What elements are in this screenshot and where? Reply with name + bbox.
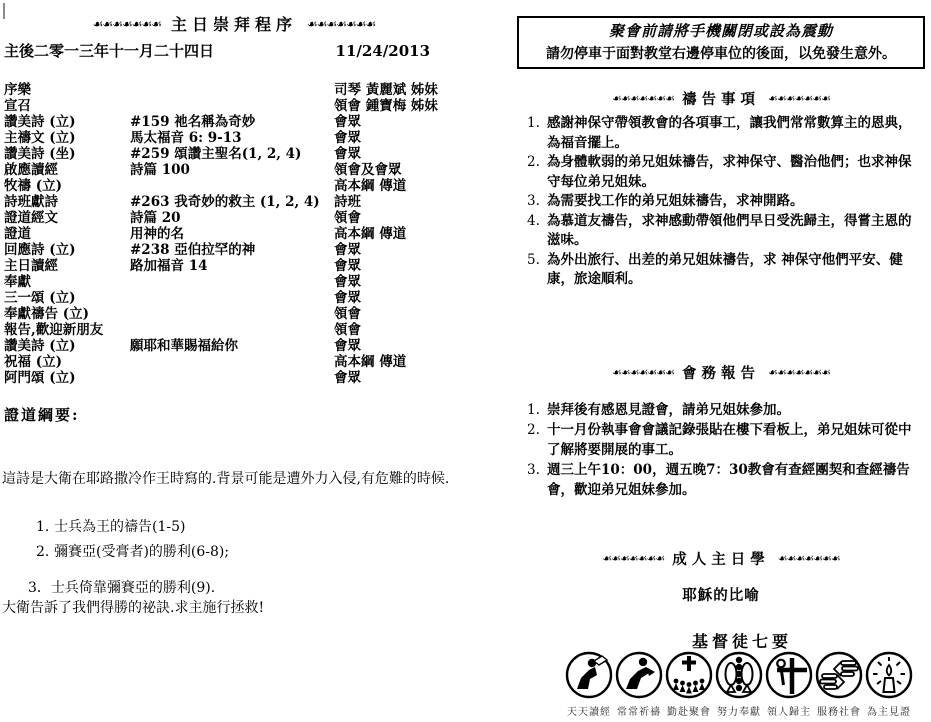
program-item-label: 祝福 (立) xyxy=(4,354,130,370)
notice-box: 聚會前請將手機關閉或設為震動 請勿停車于面對教堂右邊停車位的後面，以免發生意外。 xyxy=(517,16,925,69)
sermon-outline-item3: 3．士兵倚靠彌賽亞的勝利(9). xyxy=(28,577,215,597)
program-item-detail xyxy=(130,98,334,114)
program-item-person: 會眾 xyxy=(334,258,466,274)
announcements-heading-text: 會務報告 xyxy=(682,362,760,383)
list-item-text: 彌賽亞(受膏者)的勝利(6-8); xyxy=(54,544,456,561)
program-item-person: 會眾 xyxy=(334,274,466,290)
program-row: 奉獻會眾 xyxy=(4,274,466,290)
parking-notice: 請勿停車于面對教堂右邊停車位的後面，以免發生意外。 xyxy=(522,43,920,63)
date-chinese: 主後二零一三年十一月二十四日 xyxy=(4,40,214,61)
program-row: 牧禱 (立)高本綱 傳道 xyxy=(4,178,466,194)
right-page: 聚會前請將手機關閉或設為震動 請勿停車于面對教堂右邊停車位的後面，以免發生意外。… xyxy=(517,0,925,722)
program-item-label: 讚美詩 (立) xyxy=(4,114,130,130)
program-row: 證道用神的名高本綱 傳道 xyxy=(4,226,466,242)
program-item-person: 高本綱 傳道 xyxy=(334,226,466,242)
program-item-label: 詩班獻詩 xyxy=(4,194,130,210)
list-item-number: 2. xyxy=(527,420,547,460)
program-item-detail: 詩篇 100 xyxy=(130,162,334,178)
program-row: 奉獻禱告 (立)領會 xyxy=(4,306,466,322)
program-item-label: 奉獻 xyxy=(4,274,130,290)
seven-cell-serve: 服務社會 xyxy=(814,651,864,718)
seven-label: 服務社會 xyxy=(814,703,864,718)
program-item-detail xyxy=(130,370,334,386)
program-item-label: 阿門頌 (立) xyxy=(4,370,130,386)
list-item-number: 2. xyxy=(527,153,547,192)
scroll-ornament-icon: ☙☙☙☙☙☙☙ xyxy=(778,552,840,565)
seven-cell-read: 天天讀經 xyxy=(564,651,614,718)
phone-notice: 聚會前請將手機關閉或設為震動 xyxy=(522,20,920,41)
prayer-items-list: 1.感謝神保守帶領教會的各項事工，讓我們常常數算主的恩典，為福音擺上。2.為身體… xyxy=(519,114,923,290)
announcement-items-list: 1.崇拜後有感恩見證會，請弟兄姐妹參加。2.十一月份執事會會議記錄張貼在樓下看板… xyxy=(519,400,923,500)
list-item-number: 2. xyxy=(36,544,54,561)
program-item-person: 領會 xyxy=(334,306,466,322)
program-item-detail xyxy=(130,354,334,370)
program-item-label: 奉獻禱告 (立) xyxy=(4,306,130,322)
list-item-text: 感謝神保守帶領教會的各項事工，讓我們常常數算主的恩典，為福音擺上。 xyxy=(547,114,923,153)
announcements-section-heading: ☙☙☙☙☙☙☙ 會務報告 ☙☙☙☙☙☙☙ xyxy=(517,362,925,383)
program-item-person: 會眾 xyxy=(334,114,466,130)
list-item-text: 十一月份執事會會議記錄張貼在樓下看板上，弟兄姐妹可從中了解將要開展的事工。 xyxy=(547,420,923,460)
program-item-person: 詩班 xyxy=(334,194,466,210)
seven-label: 天天讀經 xyxy=(564,703,614,718)
program-row: 序樂司琴 黃麗斌 姊妹 xyxy=(4,82,466,98)
serve-society-icon xyxy=(815,651,863,699)
sermon-outline-intro: 這詩是大衛在耶路撒冷作王時寫的.背景可能是遭外力入侵,有危難的時候. xyxy=(2,470,464,489)
program-item-detail xyxy=(130,306,334,322)
program-row: 讚美詩 (立)願耶和華賜福給你會眾 xyxy=(4,338,466,354)
program-item-label: 啟應讀經 xyxy=(4,162,130,178)
worship-order-heading: ☙☙☙☙☙☙☙ 主日崇拜程序 ☙☙☙☙☙☙☙ xyxy=(0,12,468,35)
list-item-text: 士兵為王的禱告(1-5) xyxy=(54,519,456,536)
list-item-number: 1. xyxy=(527,114,547,153)
seven-label: 領人歸主 xyxy=(764,703,814,718)
program-item-detail xyxy=(130,82,334,98)
scroll-ornament-icon: ☙☙☙☙☙☙☙ xyxy=(307,17,375,31)
read-bible-icon xyxy=(565,651,613,699)
list-item-text: 崇拜後有感恩見證會，請弟兄姐妹參加。 xyxy=(547,400,923,420)
program-item-label: 回應詩 (立) xyxy=(4,242,130,258)
seven-cell-witness: 為主見證 xyxy=(864,651,914,718)
program-item-label: 證道經文 xyxy=(4,210,130,226)
scroll-ornament-icon: ☙☙☙☙☙☙☙ xyxy=(602,552,664,565)
program-row: 三一頌 (立)會眾 xyxy=(4,290,466,306)
prayer-item: 4.為慕道友禱告，求神感動帶領他們早日受洗歸主，得嘗主恩的滋味。 xyxy=(519,212,923,251)
seven-essentials-icons: 天天讀經 常常祈禱 xyxy=(564,651,920,718)
scroll-ornament-icon: ☙☙☙☙☙☙☙ xyxy=(612,92,674,105)
list-item-number: 1. xyxy=(527,400,547,420)
program-item-person: 司琴 黃麗斌 姊妹 xyxy=(334,82,466,98)
program-row: 回應詩 (立)#238 亞伯拉罕的神會眾 xyxy=(4,242,466,258)
list-item-number: 4. xyxy=(527,212,547,251)
program-row: 祝福 (立)高本綱 傳道 xyxy=(4,354,466,370)
program-item-person: 高本綱 傳道 xyxy=(334,178,466,194)
scroll-ornament-icon: ☙☙☙☙☙☙☙ xyxy=(768,92,830,105)
program-row: 主禱文 (立)馬太福音 6: 9-13會眾 xyxy=(4,130,466,146)
lead-people-icon xyxy=(765,651,813,699)
prayer-item: 1.感謝神保守帶領教會的各項事工，讓我們常常數算主的恩典，為福音擺上。 xyxy=(519,114,923,153)
seven-label: 常常祈禱 xyxy=(614,703,664,718)
program-row: 詩班獻詩#263 我奇妙的救主 (1, 2, 4)詩班 xyxy=(4,194,466,210)
list-item-number: 3. xyxy=(527,192,547,212)
worship-order-title: 主日崇拜程序 xyxy=(171,12,297,35)
program-item-person: 會眾 xyxy=(334,370,466,386)
program-row: 宣召領會 鍾寶梅 姊妹 xyxy=(4,98,466,114)
seven-label: 努力奉獻 xyxy=(714,703,764,718)
program-item-person: 領會 xyxy=(334,210,466,226)
program-row: 讚美詩 (坐)#259 頌讚主聖名(1, 2, 4)會眾 xyxy=(4,146,466,162)
program-item-label: 牧禱 (立) xyxy=(4,178,130,194)
program-item-person: 會眾 xyxy=(334,130,466,146)
program-item-person: 高本綱 傳道 xyxy=(334,354,466,370)
announcement-item: 1.崇拜後有感恩見證會，請弟兄姐妹參加。 xyxy=(519,400,923,420)
list-item-text: 為慕道友禱告，求神感動帶領他們早日受洗歸主，得嘗主恩的滋味。 xyxy=(547,212,923,251)
program-item-person: 會眾 xyxy=(334,338,466,354)
prayer-icon xyxy=(615,651,663,699)
date-row: 主後二零一三年十一月二十四日 11/24/2013 xyxy=(4,40,430,61)
program-item-detail: 願耶和華賜福給你 xyxy=(130,338,334,354)
list-item-number: 3. xyxy=(527,460,547,500)
attend-meeting-icon xyxy=(665,651,713,699)
program-item-label: 讚美詩 (坐) xyxy=(4,146,130,162)
list-item-number: 5. xyxy=(527,251,547,290)
seven-cell-meeting: 勤赴聚會 xyxy=(664,651,714,718)
program-item-detail: #259 頌讚主聖名(1, 2, 4) xyxy=(130,146,334,162)
church-bulletin-page: ☙☙☙☙☙☙☙ 主日崇拜程序 ☙☙☙☙☙☙☙ 主後二零一三年十一月二十四日 11… xyxy=(0,0,931,722)
program-row: 阿門頌 (立)會眾 xyxy=(4,370,466,386)
list-item-text: 為需要找工作的弟兄姐妹禱告，求神開路。 xyxy=(547,192,923,212)
program-row: 證道經文詩篇 20領會 xyxy=(4,210,466,226)
scroll-ornament-icon: ☙☙☙☙☙☙☙ xyxy=(768,366,830,379)
program-item-detail: 用神的名 xyxy=(130,226,334,242)
program-item-detail: #238 亞伯拉罕的神 xyxy=(130,242,334,258)
date-numeric: 11/24/2013 xyxy=(336,42,430,60)
program-item-detail: 詩篇 20 xyxy=(130,210,334,226)
prayer-item: 2.為身體軟弱的弟兄姐妹禱告，求神保守、醫治他們；也求神保守每位弟兄姐妹。 xyxy=(519,153,923,192)
prayer-section-heading: ☙☙☙☙☙☙☙ 禱告事項 ☙☙☙☙☙☙☙ xyxy=(517,88,925,109)
program-item-detail: #263 我奇妙的救主 (1, 2, 4) xyxy=(130,194,334,210)
program-item-label: 主日讀經 xyxy=(4,258,130,274)
sermon-outline-heading: 證道綱要: xyxy=(4,404,80,425)
program-item-detail: 馬太福音 6: 9-13 xyxy=(130,130,334,146)
program-item-detail: #159 祂名稱為奇妙 xyxy=(130,114,334,130)
program-item-person: 會眾 xyxy=(334,146,466,162)
program-item-label: 讚美詩 (立) xyxy=(4,338,130,354)
sunday-school-topic: 耶穌的比喻 xyxy=(517,584,925,605)
seven-essentials-title: 基督徒七要 xyxy=(566,629,918,652)
program-item-label: 三一頌 (立) xyxy=(4,290,130,306)
worship-program-list: 序樂司琴 黃麗斌 姊妹宣召領會 鍾寶梅 姊妹讚美詩 (立)#159 祂名稱為奇妙… xyxy=(4,82,466,386)
program-item-detail xyxy=(130,290,334,306)
program-item-label: 報告,歡迎新朋友 xyxy=(4,322,130,338)
sermon-outline-list: 1.士兵為王的禱告(1-5)2.彌賽亞(受膏者)的勝利(6-8); xyxy=(36,519,456,569)
program-row: 報告,歡迎新朋友領會 xyxy=(4,322,466,338)
seven-label: 勤赴聚會 xyxy=(664,703,714,718)
program-item-detail xyxy=(130,274,334,290)
sermon-outline-item: 1.士兵為王的禱告(1-5) xyxy=(36,519,456,536)
list-item-text: 為身體軟弱的弟兄姐妹禱告，求神保守、醫治他們；也求神保守每位弟兄姐妹。 xyxy=(547,153,923,192)
program-item-detail xyxy=(130,322,334,338)
program-item-label: 證道 xyxy=(4,226,130,242)
prayer-heading-text: 禱告事項 xyxy=(682,88,760,109)
prayer-item: 5.為外出旅行、出差的弟兄姐妹禱告，求 神保守他們平安、健康，旅途順利。 xyxy=(519,251,923,290)
seven-cell-offering: 努力奉獻 xyxy=(714,651,764,718)
sunday-school-heading-text: 成人主日學 xyxy=(672,548,770,569)
program-item-person: 領會 xyxy=(334,322,466,338)
sermon-outline-item: 2.彌賽亞(受膏者)的勝利(6-8); xyxy=(36,544,456,561)
list-item-text: 週三上午10：00，週五晚7：30教會有查經團契和查經禱告會，歡迎弟兄姐妹參加。 xyxy=(547,460,923,500)
program-row: 啟應讀經詩篇 100領會及會眾 xyxy=(4,162,466,178)
announcement-item: 2.十一月份執事會會議記錄張貼在樓下看板上，弟兄姐妹可從中了解將要開展的事工。 xyxy=(519,420,923,460)
list-item-number: 1. xyxy=(36,519,54,536)
program-item-person: 會眾 xyxy=(334,290,466,306)
scroll-ornament-icon: ☙☙☙☙☙☙☙ xyxy=(612,366,674,379)
program-item-label: 宣召 xyxy=(4,98,130,114)
witness-icon xyxy=(865,651,913,699)
program-item-person: 領會及會眾 xyxy=(334,162,466,178)
announcement-item: 3.週三上午10：00，週五晚7：30教會有查經團契和查經禱告會，歡迎弟兄姐妹參… xyxy=(519,460,923,500)
offering-icon xyxy=(715,651,763,699)
program-row: 主日讀經路加福音 14會眾 xyxy=(4,258,466,274)
seven-cell-pray: 常常祈禱 xyxy=(614,651,664,718)
prayer-item: 3.為需要找工作的弟兄姐妹禱告，求神開路。 xyxy=(519,192,923,212)
program-item-label: 序樂 xyxy=(4,82,130,98)
program-item-detail: 路加福音 14 xyxy=(130,258,334,274)
scroll-ornament-icon: ☙☙☙☙☙☙☙ xyxy=(93,17,161,31)
program-item-detail xyxy=(130,178,334,194)
program-item-person: 領會 鍾寶梅 姊妹 xyxy=(334,98,466,114)
sermon-outline-closing: 大衛告訴了我們得勝的祕訣.求主施行拯救! xyxy=(2,597,264,617)
program-row: 讚美詩 (立)#159 祂名稱為奇妙會眾 xyxy=(4,114,466,130)
list-item-text: 為外出旅行、出差的弟兄姐妹禱告，求 神保守他們平安、健康，旅途順利。 xyxy=(547,251,923,290)
seven-cell-lead: 領人歸主 xyxy=(764,651,814,718)
sunday-school-heading: ☙☙☙☙☙☙☙ 成人主日學 ☙☙☙☙☙☙☙ xyxy=(517,548,925,569)
program-item-label: 主禱文 (立) xyxy=(4,130,130,146)
program-item-person: 會眾 xyxy=(334,242,466,258)
seven-label: 為主見證 xyxy=(864,703,914,718)
